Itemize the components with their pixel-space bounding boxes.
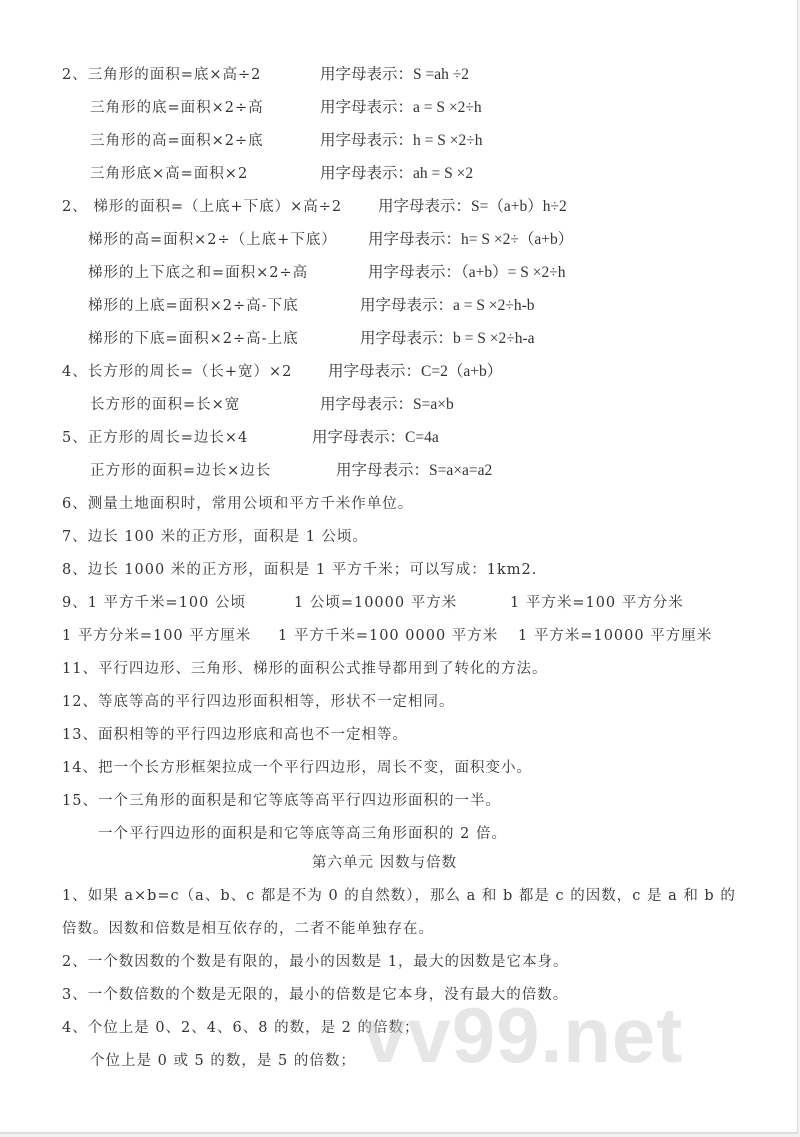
formula-left: 2、三角形的面积=底×高÷2 — [62, 65, 261, 85]
formula-left: 正方形的面积=边长×边长 — [90, 461, 271, 481]
formula-right: 用字母表示：h = S ×2÷h — [320, 131, 483, 151]
formula-right: 用字母表示：a = S ×2÷h-b — [360, 296, 535, 316]
formula-left: 长方形的面积=长×宽 — [90, 395, 240, 415]
list-item: 2、一个数因数的个数是有限的，最小的因数是 1，最大的因数是它本身。 — [62, 952, 569, 972]
formula-right: 用字母表示：（a+b）= S ×2÷h — [368, 263, 565, 283]
formula-right: 用字母表示：b = S ×2÷h-a — [360, 329, 535, 349]
list-item: 一个平行四边形的面积是和它等底等高三角形面积的 2 倍。 — [98, 824, 507, 844]
formula-right: 用字母表示：S =ah ÷2 — [320, 65, 469, 85]
formula-right: 用字母表示：ah = S ×2 — [320, 164, 473, 184]
formula-left: 梯形的下底=面积×2÷高-上底 — [88, 329, 299, 349]
formula-left: 三角形底×高=面积×2 — [90, 164, 248, 184]
unit-conversion: 1 平方千米=100 0000 平方米 — [278, 626, 498, 646]
document-page: 2、三角形的面积=底×高÷2 用字母表示：S =ah ÷2 三角形的底=面积×2… — [0, 0, 798, 1134]
formula-left: 梯形的上底=面积×2÷高-下底 — [88, 296, 299, 316]
list-item: 6、测量土地面积时，常用公顷和平方千米作单位。 — [62, 494, 413, 514]
formula-left: 梯形的上下底之和=面积×2÷高 — [88, 263, 308, 283]
formula-right: 用字母表示：S=（a+b）h÷2 — [378, 197, 567, 217]
formula-left: 5、正方形的周长=边长×4 — [62, 428, 248, 448]
unit-conversion: 1 平方米=10000 平方厘米 — [518, 626, 712, 646]
list-item: 13、面积相等的平行四边形底和高也不一定相等。 — [62, 725, 408, 745]
section-title: 第六单元 因数与倍数 — [312, 853, 457, 873]
unit-conversion: 1 公顷=10000 平方米 — [294, 593, 457, 613]
formula-left: 2、 梯形的面积=（上底+下底）×高÷2 — [62, 197, 342, 217]
list-item: 15、一个三角形的面积是和它等底等高平行四边形面积的一半。 — [62, 791, 501, 811]
formula-right: 用字母表示：C=4a — [312, 428, 439, 448]
list-item: 1、如果 a×b=c（a、b、c 都是不为 0 的自然数），那么 a 和 b 都… — [62, 886, 736, 906]
list-item: 14、把一个长方形框架拉成一个平行四边形，周长不变，面积变小。 — [62, 758, 532, 778]
watermark: vv99.net — [363, 990, 683, 1081]
unit-conversion: 1 平方米=100 平方分米 — [510, 593, 684, 613]
list-item: 11、平行四边形、三角形、梯形的面积公式推导都用到了转化的方法。 — [62, 659, 547, 679]
formula-left: 三角形的底=面积×2÷高 — [90, 98, 264, 118]
formula-left: 梯形的高=面积×2÷（上底+下底） — [88, 230, 337, 250]
unit-conversion: 1 平方分米=100 平方厘米 — [62, 626, 251, 646]
formula-right: 用字母表示：S=a×a=a2 — [336, 461, 492, 481]
list-item: 12、等底等高的平行四边形面积相等，形状不一定相同。 — [62, 692, 454, 712]
list-item: 7、边长 100 米的正方形，面积是 1 公顷。 — [62, 527, 368, 547]
formula-right: 用字母表示：S=a×b — [320, 395, 454, 415]
formula-left: 三角形的高=面积×2÷底 — [90, 131, 264, 151]
formula-right: 用字母表示：C=2（a+b） — [328, 362, 502, 382]
list-item: 个位上是 0 或 5 的数，是 5 的倍数； — [90, 1051, 356, 1071]
formula-right: 用字母表示：a = S ×2÷h — [320, 98, 482, 118]
formula-left: 4、长方形的周长=（长+宽）×2 — [62, 362, 292, 382]
list-item: 倍数。因数和倍数是相互依存的，二者不能单独存在。 — [62, 919, 434, 939]
unit-conversion: 9、1 平方千米=100 公顷 — [62, 593, 246, 613]
formula-right: 用字母表示：h= S ×2÷（a+b） — [368, 230, 573, 250]
list-item: 8、边长 1000 米的正方形，面积是 1 平方千米；可以写成：1km2. — [62, 560, 537, 580]
